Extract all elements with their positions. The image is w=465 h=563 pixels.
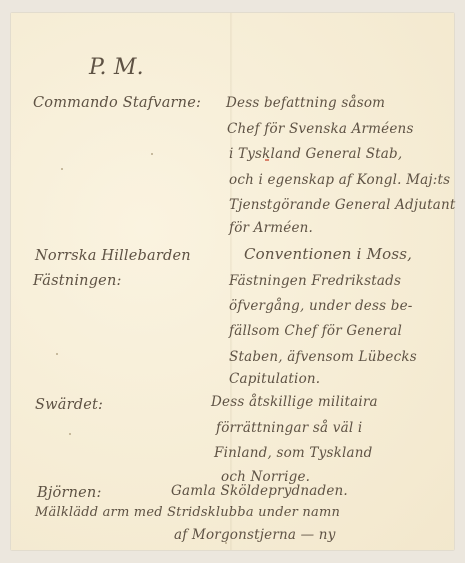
entry-text-line: Capitulation. bbox=[229, 371, 320, 387]
entry-text-line: Chef för Svenska Arméens bbox=[227, 121, 414, 137]
paper-spot bbox=[56, 353, 58, 355]
entry-text-line: Fästningen Fredrikstads bbox=[229, 273, 401, 289]
red-ink-mark bbox=[265, 159, 269, 161]
closing-line: Mälklädd arm med Stridsklubba under namn bbox=[35, 505, 340, 520]
paper-spot bbox=[69, 433, 71, 435]
manuscript-page: P. M. Commando Stafvarne: Dess befattnin… bbox=[11, 13, 454, 550]
entry-text-line: Staben, äfvensom Lübecks bbox=[229, 349, 417, 365]
paper-spot bbox=[61, 168, 63, 170]
entry-label-fastningen: Fästningen: bbox=[33, 273, 122, 289]
closing-line: af Morgonstjerna — ny bbox=[174, 527, 336, 543]
entry-text-line: Finland, som Tyskland bbox=[214, 445, 372, 461]
entry-text-line: för Arméen. bbox=[229, 220, 313, 236]
entry-label-bjornen: Björnen: bbox=[37, 485, 102, 501]
paper-spot bbox=[225, 542, 227, 544]
entry-text-line: Conventionen i Moss, bbox=[244, 245, 412, 263]
entry-label-norrska-hillebarden: Norrska Hillebarden bbox=[35, 248, 191, 264]
entry-text-line: och i egenskap af Kongl. Maj:ts bbox=[229, 172, 450, 188]
entry-text-line: i Tyskland General Stab, bbox=[229, 146, 402, 162]
entry-label-swardet: Swärdet: bbox=[35, 397, 103, 413]
heading: P. M. bbox=[89, 55, 144, 80]
entry-label-commando-stafvarne: Commando Stafvarne: bbox=[33, 95, 201, 111]
paper-spot bbox=[151, 153, 153, 155]
entry-text-line: Gamla Sköldeprydnaden. bbox=[171, 483, 348, 499]
entry-text-line: öfvergång, under dess be- bbox=[229, 298, 413, 314]
entry-text-line: Dess åtskillige militaira bbox=[211, 394, 378, 410]
entry-text-line: förrättningar så väl i bbox=[216, 420, 362, 436]
entry-text-line: Tjenstgörande General Adjutant bbox=[229, 197, 456, 213]
entry-text-line: fällsom Chef för General bbox=[229, 323, 402, 339]
entry-text-line: Dess befattning såsom bbox=[226, 95, 385, 111]
